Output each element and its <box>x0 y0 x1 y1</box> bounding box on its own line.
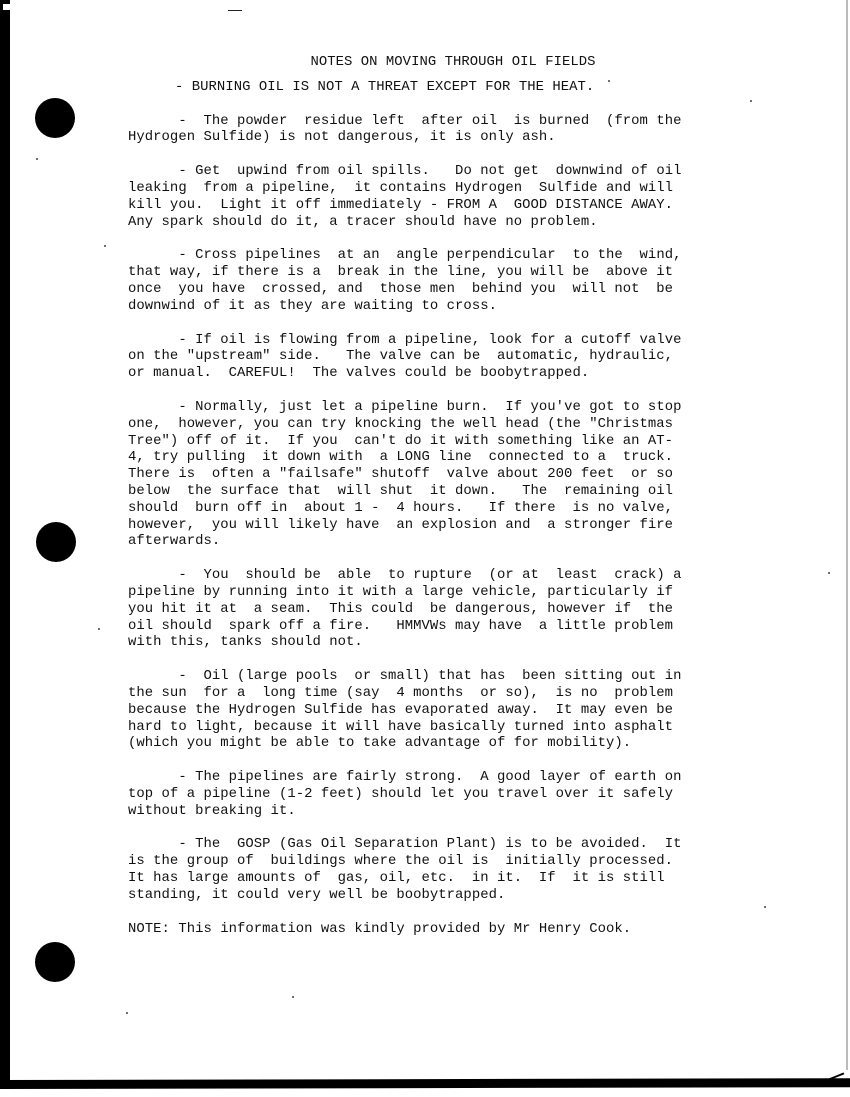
speck <box>292 996 294 998</box>
scan-artifact <box>228 10 242 11</box>
paragraph-pipeline-strength: - The pipelines are fairly strong. A goo… <box>128 769 778 819</box>
paragraph-cutoff-valve: - If oil is flowing from a pipeline, loo… <box>128 332 778 382</box>
document-title: NOTES ON MOVING THROUGH OIL FIELDS <box>128 54 778 71</box>
punch-hole-icon <box>36 522 76 562</box>
attribution-note: NOTE: This information was kindly provid… <box>128 921 778 938</box>
paragraph-let-burn: - Normally, just let a pipeline burn. If… <box>128 399 778 550</box>
paragraph-cross-pipelines: - Cross pipelines at an angle perpendicu… <box>128 247 778 314</box>
paragraph-upwind: - Get upwind from oil spills. Do not get… <box>128 163 778 230</box>
punch-hole-icon <box>35 98 75 138</box>
speck <box>98 628 100 630</box>
speck <box>104 245 106 247</box>
speck <box>828 572 830 574</box>
document-body: NOTES ON MOVING THROUGH OIL FIELDS - BUR… <box>128 54 778 937</box>
scan-edge-bottom <box>0 1078 850 1089</box>
speck <box>36 158 38 160</box>
scanned-page: NOTES ON MOVING THROUGH OIL FIELDS - BUR… <box>0 0 850 1097</box>
paragraph-old-oil: - Oil (large pools or small) that has be… <box>128 668 778 752</box>
paragraph-gosp: - The GOSP (Gas Oil Separation Plant) is… <box>128 836 778 903</box>
scan-edge-left <box>0 0 10 1082</box>
scan-mark <box>3 4 10 10</box>
scan-edge-right <box>846 0 848 1070</box>
speck <box>126 1012 128 1014</box>
paragraph-rupture: - You should be able to rupture (or at l… <box>128 567 778 651</box>
paragraph-residue: - The powder residue left after oil is b… <box>128 113 778 147</box>
lead-statement: - BURNING OIL IS NOT A THREAT EXCEPT FOR… <box>128 79 778 96</box>
punch-hole-icon <box>35 942 75 982</box>
